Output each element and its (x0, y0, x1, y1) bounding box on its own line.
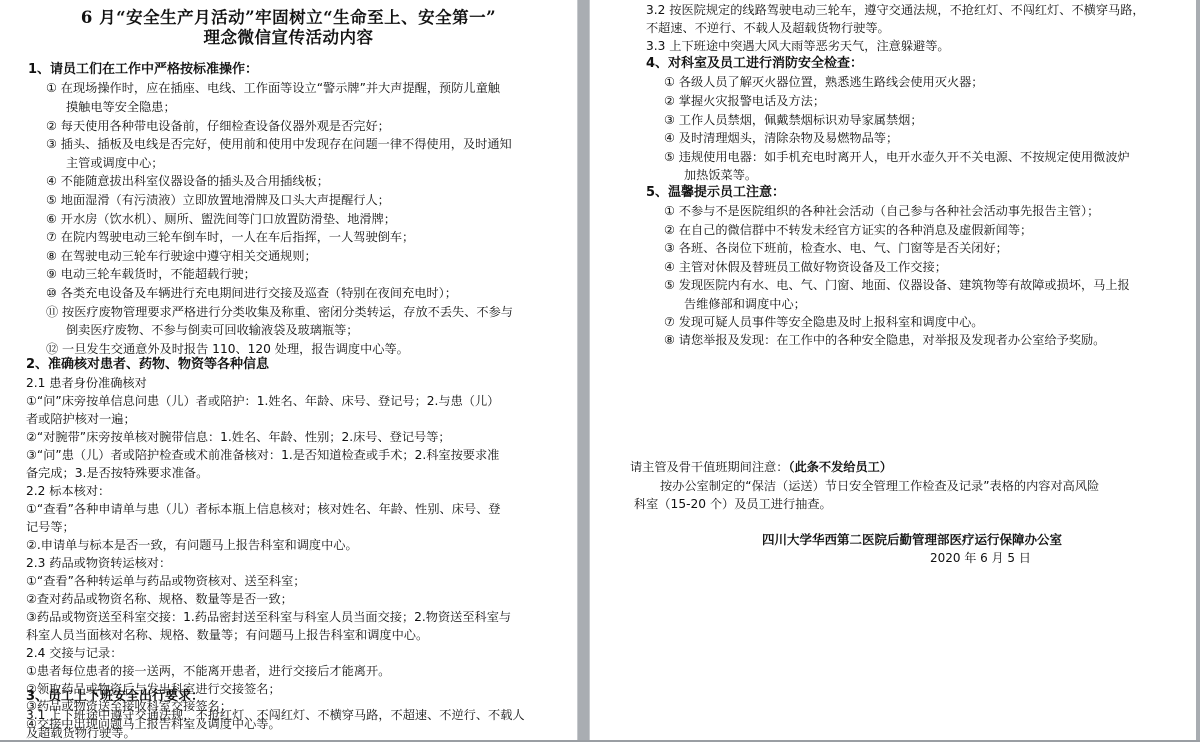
window-right-edge (1196, 0, 1200, 742)
text-line: 记号等； (26, 519, 75, 535)
text-line: ③ 插头、插板及电线是否完好，使用前和使用中发现存在问题一律不得使用，及时通知 (46, 136, 512, 152)
text-line: ①“查看”各种转运单与药品或物资核对、送至科室； (26, 573, 306, 589)
text-line: ⑤ 发现医院内有水、电、气、门窗、地面、仪器设备、建筑物等有故障或损坏，马上报 (664, 277, 1130, 293)
text-line: ③ 工作人员禁烟，佩戴禁烟标识劝导家属禁烟； (664, 112, 923, 128)
signature-date: 2020 年 6 月 5 日 (930, 550, 1031, 566)
text-line: ⑥ 开水房（饮水机）、厕所、盥洗间等门口放置防滑垫、地滑牌； (46, 211, 396, 227)
text-line: ⑤ 违规使用电器：如手机充电时离开人，电开水壶久开不关电源、不按规定使用微波炉 (664, 149, 1130, 165)
text-line: ⑤ 地面湿滑（有污渍液）立即放置地滑牌及口头大声提醒行人； (46, 192, 390, 208)
text-line: ③“问”患（儿）者或陪护检查或术前准备核对：1.是否知道检查或手术；2.科室按要… (26, 447, 499, 463)
text-line: ②查对药品或物资名称、规格、数量等是否一致； (26, 591, 293, 607)
text-line: 摸触电等安全隐患； (66, 99, 176, 115)
text-line: ②“对腕带”床旁按单核对腕带信息：1.姓名、年龄、性别；2.床号、登记号等； (26, 429, 451, 445)
text-line: ⑧ 在驾驶电动三轮车行驶途中遵守相关交通规则； (46, 248, 317, 264)
text-line: 科室人员当面核对名称、规格、数量等；有问题马上报告科室和调度中心。 (26, 627, 428, 643)
text-line: 主管或调度中心； (66, 155, 164, 171)
text-line: ⑪ 按医疗废物管理要求严格进行分类收集及称重、密闭分类转运，存放不丢失、不参与 (46, 304, 513, 320)
section-heading: 3、员工上下班安全出行要求： (26, 689, 204, 705)
text-line: ①“查看”各种申请单与患（儿）者标本瓶上信息核对；核对姓名、年龄、性别、床号、登 (26, 501, 501, 517)
text-line: 倒卖医疗废物、不参与倒卖可回收输液袋及玻璃瓶等； (66, 322, 359, 338)
text-line: ③ 各班、各岗位下班前，检查水、电、气、门窗等是否关闭好； (664, 240, 1008, 256)
text-line: 2.3 药品或物资转运核对： (26, 555, 171, 571)
section-heading: 4、对科室及员工进行消防安全检查： (646, 56, 863, 72)
section-heading: 1、请员工们在工作中严格按标准操作： (28, 62, 258, 78)
text-line: 2.2 标本核对： (26, 483, 110, 499)
text-line: ② 掌握火灾报警电话及方法； (664, 93, 825, 109)
text-line: 3.2 按医院规定的线路驾驶电动三轮车，遵守交通法规，不抢红灯、不闯红灯、不横穿… (646, 2, 1145, 18)
text-line: 2.4 交接与记录： (26, 645, 122, 661)
text-line: ① 不参与不是医院组织的各种社会活动（自己参与各种社会活动事先报告主管）； (664, 203, 1099, 219)
text-line: ④ 及时清理烟头，清除杂物及易燃物品等； (664, 130, 898, 146)
text-line: 及超载货物行驶等。 (26, 725, 136, 741)
text-line: ④ 主管对休假及替班员工做好物资设备及工作交接； (664, 259, 947, 275)
text-line: 加热饭菜等。 (684, 167, 757, 183)
text-line: 备完成；3.是否按特殊要求准备。 (26, 465, 208, 481)
text-line: 3.3 上下班途中突遇大风大雨等恶劣天气，注意躲避等。 (646, 38, 950, 54)
text-line: 不超速、不逆行、不载人及超载货物行驶等。 (646, 20, 890, 36)
note-body-line2: 科室（15-20 个）及员工进行抽查。 (634, 496, 832, 512)
note-heading: 请主管及骨干值班期间注意：（此条不发给员工） (630, 459, 892, 475)
text-line: ① 在现场操作时，应在插座、电线、工作面等设立“警示牌”并大声提醒，预防儿童触 (46, 80, 500, 96)
text-line: ⑧ 请您举报及发现：在工作中的各种安全隐患，对举报及发现者办公室给予奖励。 (664, 332, 1105, 348)
text-line: ⑦ 在院内驾驶电动三轮车倒车时，一人在车后指挥，一人驾驶倒车； (46, 229, 414, 245)
text-line: 者或陪护核对一遍； (26, 411, 136, 427)
note-heading-text: 请主管及骨干值班期间注意： (630, 460, 788, 474)
page-gutter (577, 0, 590, 742)
text-line: 2.1 患者身份准确核对 (26, 375, 147, 391)
text-line: ⑨ 电动三轮车载货时，不能超载行驶； (46, 266, 256, 282)
text-line: ④ 不能随意拔出科室仪器设备的插头及合用插线板； (46, 173, 329, 189)
text-line: 3.1 上下班途中遵守交通法规，不抢红灯、不闯红灯、不横穿马路，不超速、不逆行、… (26, 707, 525, 723)
document-title-line2: 理念微信宣传活动内容 (0, 24, 577, 48)
text-line: ①“问”床旁按单信息问患（儿）者或陪护：1.姓名、年龄、床号、登记号；2.与患（… (26, 393, 499, 409)
text-line: ① 各级人员了解灭火器位置，熟悉逃生路线会使用灭火器； (664, 74, 984, 90)
section-heading: 2、准确核对患者、药物、物资等各种信息 (26, 357, 269, 373)
note-heading-bold: （此条不发给员工） (788, 460, 892, 474)
note-body-line1: 按办公室制定的“保洁（运送）节日安全管理工作检查及记录”表格的内容对高风险 (660, 478, 1099, 494)
text-line: ③药品或物资送至科室交接：1.药品密封送至科室与科室人员当面交接；2.物资送至科… (26, 609, 511, 625)
document-page-left: 6 月“安全生产月活动”牢固树立“生命至上、安全第一” 理念微信宣传活动内容 1… (0, 0, 577, 742)
text-line: ⑦ 发现可疑人员事件等安全隐患及时上报科室和调度中心。 (664, 314, 984, 330)
document-page-right: 3.2 按医院规定的线路驾驶电动三轮车，遵守交通法规，不抢红灯、不闯红灯、不横穿… (590, 0, 1155, 742)
text-line: ② 在自己的微信群中不转发未经官方证实的各种消息及虚假新闻等； (664, 222, 1032, 238)
text-line: ⑩ 各类充电设备及车辆进行充电期间进行交接及巡查（特别在夜间充电时）； (46, 285, 457, 301)
text-line: ⑫ 一旦发生交通意外及时报告 110、120 处理，报告调度中心等。 (46, 341, 409, 357)
text-line: ②.申请单与标本是否一致，有问题马上报告科室和调度中心。 (26, 537, 358, 553)
text-line: ①患者每位患者的接一送两，不能离开患者，进行交接后才能离开。 (26, 663, 390, 679)
signature-organization: 四川大学华西第二医院后勤管理部医疗运行保障办公室 (762, 532, 1062, 548)
text-line: ② 每天使用各种带电设备前，仔细检查设备仪器外观是否完好； (46, 118, 390, 134)
text-line: 告维修部和调度中心； (684, 296, 806, 312)
section-heading: 5、温馨提示员工注意： (646, 185, 785, 201)
